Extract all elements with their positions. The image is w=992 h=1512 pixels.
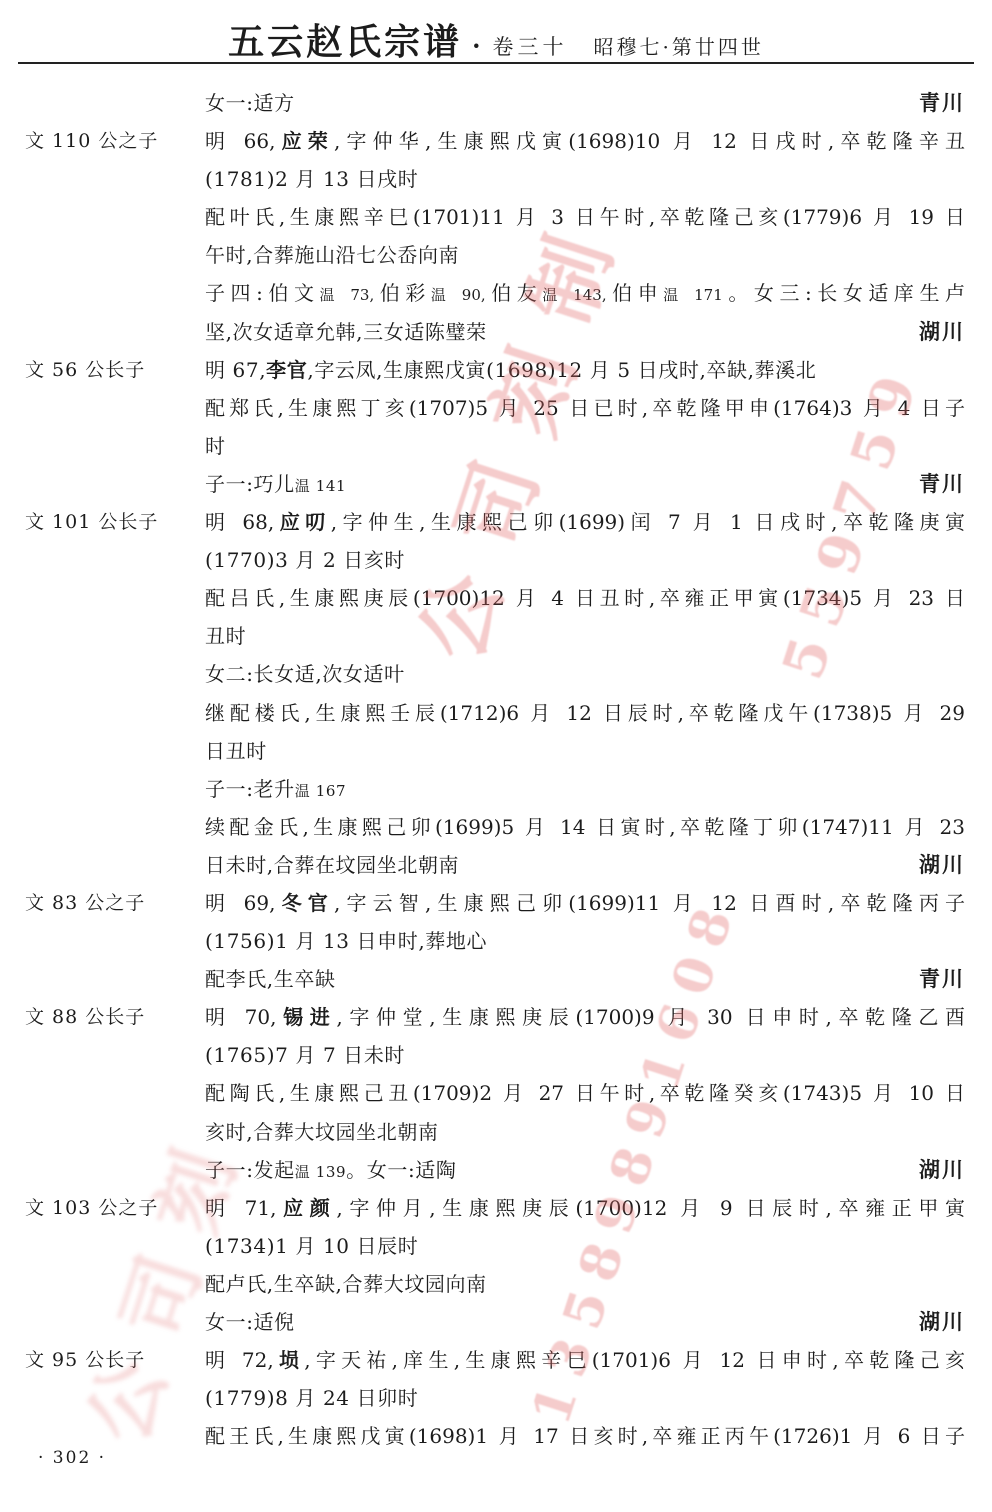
genealogy-line: 日丑时: [0, 732, 992, 770]
branch-label: 湖川: [919, 313, 965, 351]
section-label: 昭穆七·第廿四世: [594, 31, 764, 60]
genealogy-line: 配叶氏,生康熙辛巳(1701)11 月 3 日午时,卒乾隆己亥(1779)6 月…: [0, 198, 992, 236]
header: 五云赵氏宗谱 · 卷三十 昭穆七·第廿四世: [0, 14, 992, 65]
entry-text: 明 72,埙,字天祐,庠生,生康熙辛巳(1701)6 月 12 日申时,卒乾隆己…: [205, 1341, 965, 1379]
generation-label: 文 95 公长子: [25, 1341, 145, 1379]
entry-text: 坚,次女适章允韩,三女适陈璧荣: [205, 313, 965, 351]
genealogy-line: 时: [0, 427, 992, 465]
genealogy-line: 配王氏,生康熙戊寅(1698)1 月 17 日亥时,卒雍正丙午(1726)1 月…: [0, 1417, 992, 1455]
entry-text: 日丑时: [205, 732, 965, 770]
title-separator-dot: ·: [472, 31, 480, 60]
entry-text: 子一:发起温 139。女一:适陶: [205, 1151, 965, 1191]
entry-text: (1765)7 月 7 日未时: [205, 1036, 965, 1074]
entry-text: 午时,合葬施山沿七公岙向南: [205, 236, 965, 274]
entry-text: 续配金氏,生康熙己卯(1699)5 月 14 日寅时,卒乾隆丁卯(1747)11…: [205, 808, 965, 846]
genealogy-line: 配卢氏,生卒缺,合葬大坟园向南: [0, 1265, 992, 1303]
entry-text: 日未时,合葬在坟园坐北朝南: [205, 846, 965, 884]
genealogy-line: 文 88 公长子明 70,锡进,字仲堂,生康熙庚辰(1700)9 月 30 日申…: [0, 998, 992, 1036]
volume-label: 卷三十: [493, 31, 568, 61]
generation-label: 文 110 公之子: [25, 122, 158, 160]
entry-text: 明 71,应颜,字仲月,生康熙庚辰(1700)12 月 9 日辰时,卒雍正甲寅: [205, 1189, 965, 1227]
entry-text: 女二:长女适,次女适叶: [205, 655, 965, 693]
genealogy-line: 配李氏,生卒缺青川: [0, 960, 992, 998]
genealogy-line: 继配楼氏,生康熙壬辰(1712)6 月 12 日辰时,卒乾隆戊午(1738)5 …: [0, 694, 992, 732]
genealogy-line: (1770)3 月 2 日亥时: [0, 541, 992, 579]
branch-label: 湖川: [919, 1151, 965, 1189]
entry-text: 配叶氏,生康熙辛巳(1701)11 月 3 日午时,卒乾隆己亥(1779)6 月…: [205, 198, 965, 236]
generation-label: 文 56 公长子: [25, 351, 145, 389]
genealogy-line: 文 95 公长子明 72,埙,字天祐,庠生,生康熙辛巳(1701)6 月 12 …: [0, 1341, 992, 1379]
genealogy-line: 续配金氏,生康熙己卯(1699)5 月 14 日寅时,卒乾隆丁卯(1747)11…: [0, 808, 992, 846]
entry-text: 配卢氏,生卒缺,合葬大坟园向南: [205, 1265, 965, 1303]
genealogy-line: 文 110 公之子明 66,应荣,字仲华,生康熙戊寅(1698)10 月 12 …: [0, 122, 992, 160]
entry-text: (1781)2 月 13 日戌时: [205, 160, 965, 198]
genealogy-line: 女一:适倪湖川: [0, 1303, 992, 1341]
generation-label: 文 83 公之子: [25, 884, 145, 922]
genealogy-line: 日未时,合葬在坟园坐北朝南湖川: [0, 846, 992, 884]
genealogy-line: 女一:适方青川: [0, 84, 992, 122]
header-rule: [18, 62, 974, 64]
genealogy-line: 配吕氏,生康熙庚辰(1700)12 月 4 日丑时,卒雍正甲寅(1734)5 月…: [0, 579, 992, 617]
genealogy-line: 子一:巧儿温 141青川: [0, 465, 992, 503]
entry-text: 明 66,应荣,字仲华,生康熙戊寅(1698)10 月 12 日戌时,卒乾隆辛丑: [205, 122, 965, 160]
entry-text: (1734)1 月 10 日辰时: [205, 1227, 965, 1265]
genealogy-line: 午时,合葬施山沿七公岙向南: [0, 236, 992, 274]
genealogy-line: 坚,次女适章允韩,三女适陈璧荣湖川: [0, 313, 992, 351]
genealogy-line: 丑时: [0, 617, 992, 655]
entry-text: 继配楼氏,生康熙壬辰(1712)6 月 12 日辰时,卒乾隆戊午(1738)5 …: [205, 694, 965, 732]
genealogy-line: (1734)1 月 10 日辰时: [0, 1227, 992, 1265]
genealogy-line: 文 56 公长子明 67,李官,字云凤,生康熙戊寅(1698)12 月 5 日戌…: [0, 351, 992, 389]
entry-text: 明 68,应叨,字仲生,生康熙己卯(1699)闰 7 月 1 日戌时,卒乾隆庚寅: [205, 503, 965, 541]
page-title: 五云赵氏宗谱: [228, 14, 462, 65]
branch-label: 青川: [919, 84, 965, 122]
branch-label: 湖川: [919, 1303, 965, 1341]
entry-text: 亥时,合葬大坟园坐北朝南: [205, 1113, 965, 1151]
entry-text: 女一:适方: [205, 84, 965, 122]
genealogy-line: 配陶氏,生康熙己丑(1709)2 月 27 日午时,卒乾隆癸亥(1743)5 月…: [0, 1074, 992, 1112]
genealogy-line: 子一:老升温 167: [0, 770, 992, 808]
entry-text: 子四:伯文温 73,伯彩温 90,伯友温 143,伯申温 171。女三:长女适庠…: [205, 274, 965, 314]
entry-text: (1770)3 月 2 日亥时: [205, 541, 965, 579]
genealogy-page: 五云赵氏宗谱 · 卷三十 昭穆七·第廿四世 女一:适方青川文 110 公之子明 …: [0, 0, 992, 1512]
generation-label: 文 88 公长子: [25, 998, 145, 1036]
genealogy-line: 亥时,合葬大坟园坐北朝南: [0, 1113, 992, 1151]
genealogy-line: 子四:伯文温 73,伯彩温 90,伯友温 143,伯申温 171。女三:长女适庠…: [0, 274, 992, 312]
genealogy-line: 文 103 公之子明 71,应颜,字仲月,生康熙庚辰(1700)12 月 9 日…: [0, 1189, 992, 1227]
generation-label: 文 103 公之子: [25, 1189, 158, 1227]
entry-text: 配王氏,生康熙戊寅(1698)1 月 17 日亥时,卒雍正丙午(1726)1 月…: [205, 1417, 965, 1455]
entry-text: 丑时: [205, 617, 965, 655]
branch-label: 湖川: [919, 846, 965, 884]
genealogy-line: (1756)1 月 13 日申时,葬地心: [0, 922, 992, 960]
genealogy-lines: 女一:适方青川文 110 公之子明 66,应荣,字仲华,生康熙戊寅(1698)1…: [0, 84, 992, 1455]
genealogy-line: (1781)2 月 13 日戌时: [0, 160, 992, 198]
entry-text: (1756)1 月 13 日申时,葬地心: [205, 922, 965, 960]
genealogy-line: 配郑氏,生康熙丁亥(1707)5 月 25 日已时,卒乾隆甲申(1764)3 月…: [0, 389, 992, 427]
entry-text: 配郑氏,生康熙丁亥(1707)5 月 25 日已时,卒乾隆甲申(1764)3 月…: [205, 389, 965, 427]
genealogy-line: 子一:发起温 139。女一:适陶湖川: [0, 1151, 992, 1189]
entry-text: 配陶氏,生康熙己丑(1709)2 月 27 日午时,卒乾隆癸亥(1743)5 月…: [205, 1074, 965, 1112]
entry-text: 明 70,锡进,字仲堂,生康熙庚辰(1700)9 月 30 日申时,卒乾隆乙酉: [205, 998, 965, 1036]
generation-label: 文 101 公长子: [25, 503, 158, 541]
entry-text: 时: [205, 427, 965, 465]
genealogy-line: (1765)7 月 7 日未时: [0, 1036, 992, 1074]
entry-text: 子一:巧儿温 141: [205, 465, 965, 505]
branch-label: 青川: [919, 465, 965, 503]
genealogy-line: 女二:长女适,次女适叶: [0, 655, 992, 693]
entry-text: 子一:老升温 167: [205, 770, 965, 810]
entry-text: (1779)8 月 24 日卯时: [205, 1379, 965, 1417]
genealogy-line: 文 101 公长子明 68,应叨,字仲生,生康熙己卯(1699)闰 7 月 1 …: [0, 503, 992, 541]
entry-text: 明 67,李官,字云凤,生康熙戊寅(1698)12 月 5 日戌时,卒缺,葬溪北: [205, 351, 965, 389]
entry-text: 女一:适倪: [205, 1303, 965, 1341]
entry-text: 配李氏,生卒缺: [205, 960, 965, 998]
genealogy-line: 文 83 公之子明 69,冬官,字云智,生康熙己卯(1699)11 月 12 日…: [0, 884, 992, 922]
entry-text: 配吕氏,生康熙庚辰(1700)12 月 4 日丑时,卒雍正甲寅(1734)5 月…: [205, 579, 965, 617]
branch-label: 青川: [919, 960, 965, 998]
entry-text: 明 69,冬官,字云智,生康熙己卯(1699)11 月 12 日酉时,卒乾隆丙子: [205, 884, 965, 922]
genealogy-line: (1779)8 月 24 日卯时: [0, 1379, 992, 1417]
